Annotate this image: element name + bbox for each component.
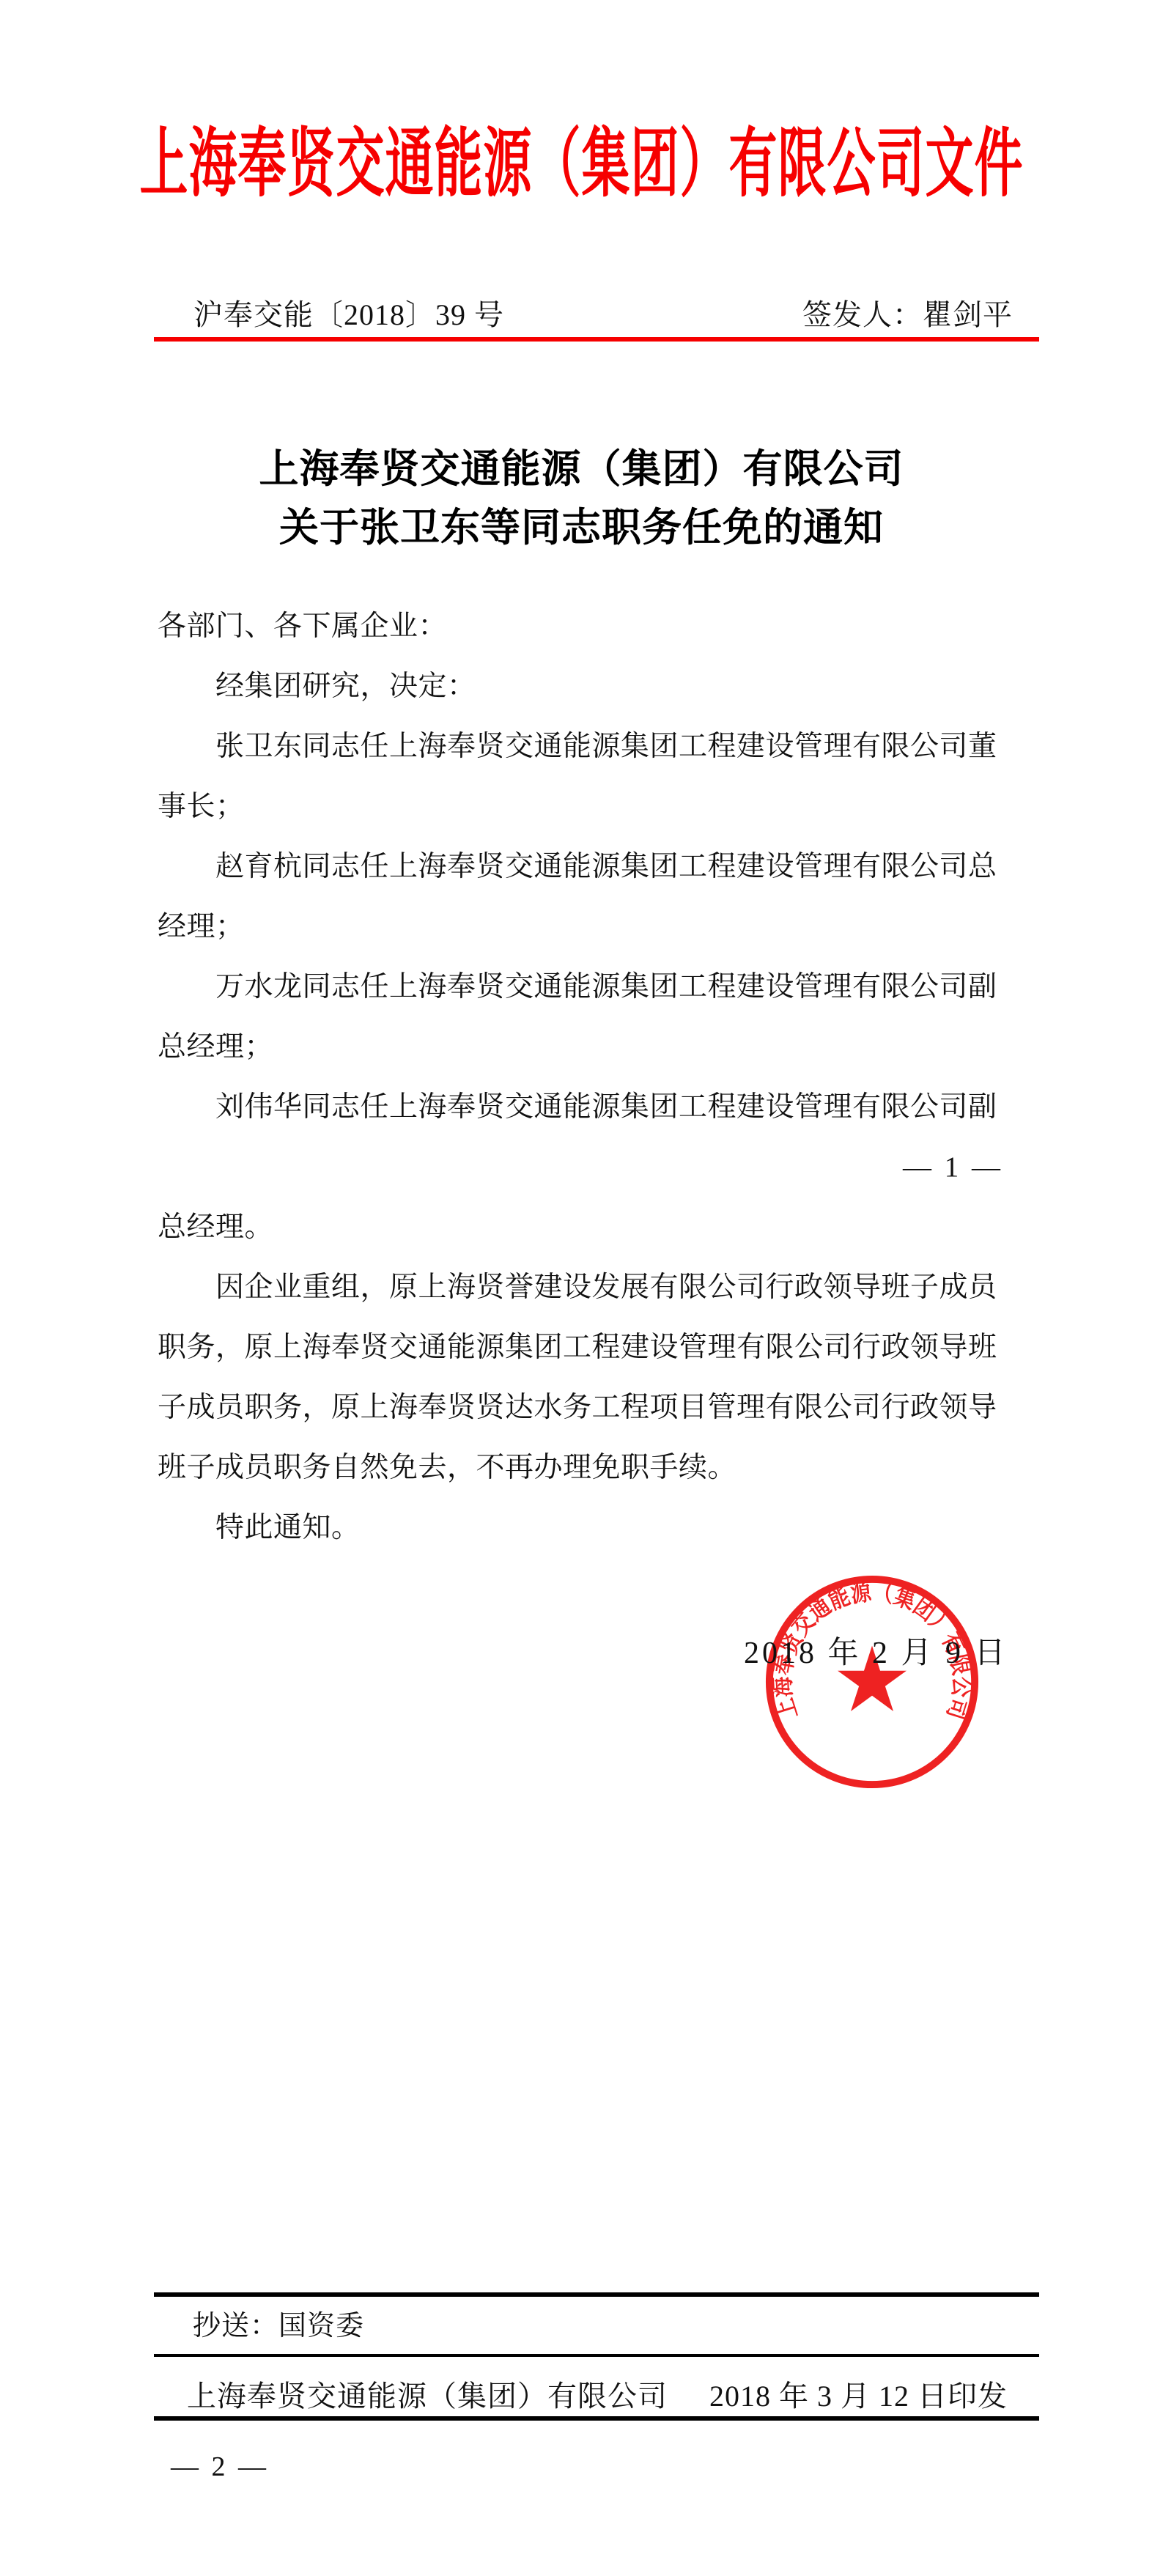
- body-line: 张卫东同志任上海奉贤交通能源集团工程建设管理有限公司董: [158, 717, 1022, 777]
- cc-line: 抄送：国资委: [193, 2303, 364, 2343]
- body-line: 赵育杭同志任上海奉贤交通能源集团工程建设管理有限公司总: [158, 837, 1022, 897]
- document-title-line1: 上海奉贤交通能源（集团）有限公司: [0, 440, 1163, 498]
- signer: 签发人：瞿剑平: [802, 292, 1013, 333]
- document-body: 各部门、各下属企业： 经集团研究，决定： 张卫东同志任上海奉贤交通能源集团工程建…: [158, 597, 1022, 1558]
- company-seal: 上海奉贤交通能源（集团）有限公司: [764, 1573, 981, 1790]
- document-number-row: 沪奉交能〔2018〕39 号 签发人：瞿剑平: [193, 292, 1013, 333]
- page-2-number: — 2 —: [171, 2451, 269, 2483]
- body-line: 各部门、各下属企业：: [158, 597, 1022, 657]
- body-line: 刘伟华同志任上海奉贤交通能源集团工程建设管理有限公司副: [158, 1077, 1022, 1137]
- footer-middle-rule: [154, 2354, 1039, 2357]
- document-title: 上海奉贤交通能源（集团）有限公司 关于张卫东等同志职务任免的通知: [0, 440, 1163, 557]
- footer-bottom-rule: [154, 2416, 1039, 2421]
- document-title-line2: 关于张卫东等同志职务任免的通知: [0, 498, 1163, 557]
- body-line: 经集团研究，决定：: [158, 657, 1022, 717]
- body-line: 事长；: [158, 777, 1022, 837]
- body-line: 班子成员职务自然免去，不再办理免职手续。: [158, 1438, 1022, 1498]
- letterhead-title: 上海奉贤交通能源（集团）有限公司文件: [0, 103, 1163, 210]
- page-1-number: — 1 —: [158, 1137, 1022, 1197]
- footer-top-rule: [154, 2292, 1039, 2297]
- body-line: 经理；: [158, 897, 1022, 957]
- body-line: 子成员职务，原上海奉贤贤达水务工程项目管理有限公司行政领导: [158, 1378, 1022, 1438]
- body-line: 万水龙同志任上海奉贤交通能源集团工程建设管理有限公司副: [158, 957, 1022, 1017]
- body-line: 总经理。: [158, 1197, 1022, 1258]
- print-date: 2018 年 3 月 12 日印发: [709, 2373, 1008, 2415]
- body-line: 职务，原上海奉贤交通能源集团工程建设管理有限公司行政领导班: [158, 1318, 1022, 1378]
- document-number: 沪奉交能〔2018〕39 号: [193, 292, 504, 333]
- sign-off-date: 2018 年 2 月 9 日: [744, 1628, 1008, 1672]
- body-line: 特此通知。: [158, 1498, 1022, 1558]
- issuer-name: 上海奉贤交通能源（集团）有限公司: [187, 2373, 668, 2415]
- issuer-row: 上海奉贤交通能源（集团）有限公司 2018 年 3 月 12 日印发: [187, 2373, 1008, 2415]
- body-line: 总经理；: [158, 1017, 1022, 1077]
- body-line: 因企业重组，原上海贤誉建设发展有限公司行政领导班子成员: [158, 1258, 1022, 1318]
- red-divider-line: [154, 337, 1039, 342]
- official-document-page: 上海奉贤交通能源（集团）有限公司文件 沪奉交能〔2018〕39 号 签发人：瞿剑…: [0, 0, 1163, 2576]
